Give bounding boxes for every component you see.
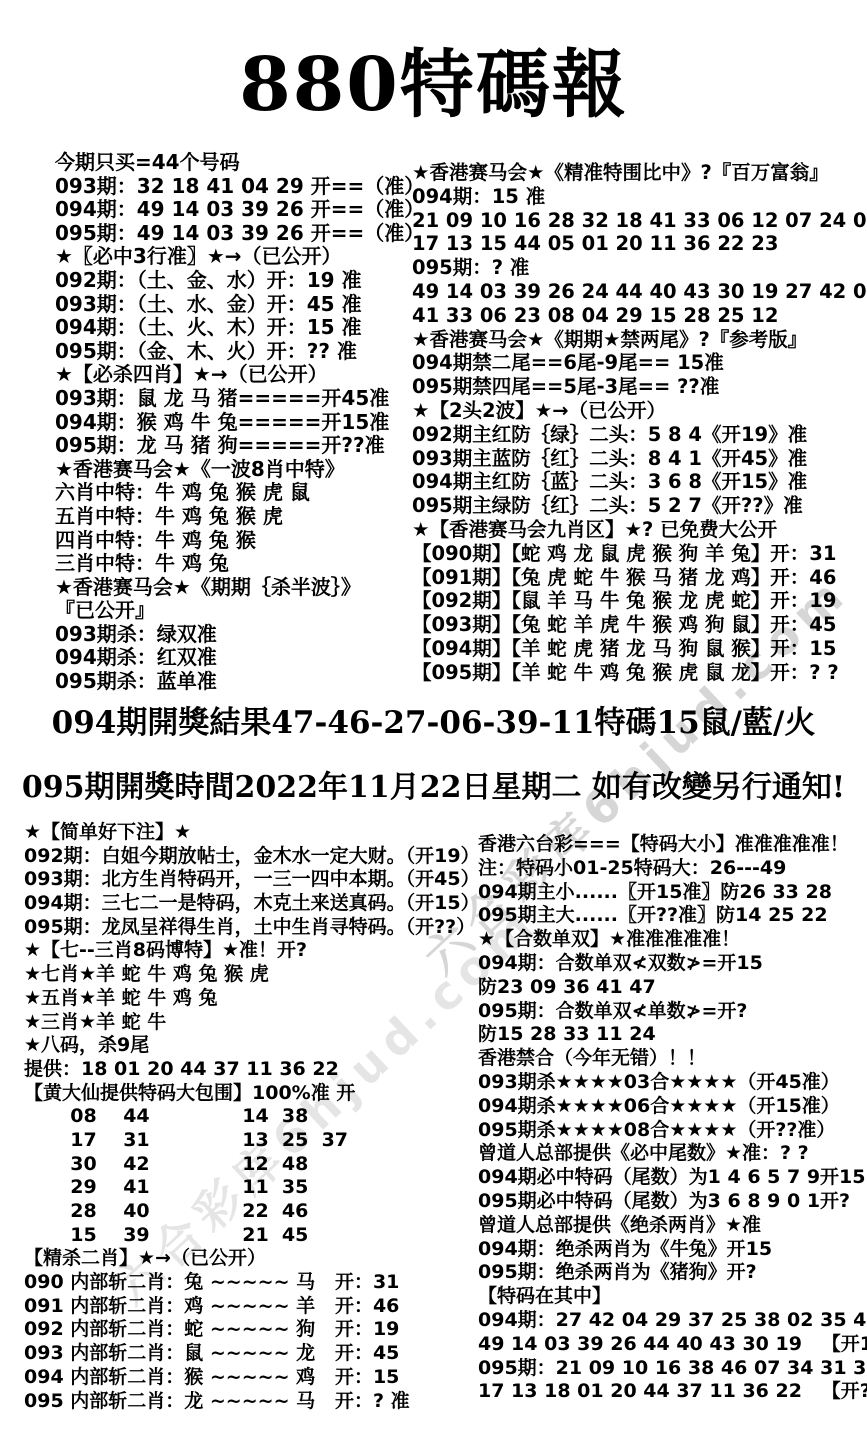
text-line: 092期：（土、金、水）开：19 准: [55, 269, 430, 293]
text-line: 防23 09 36 41 47: [478, 976, 867, 1000]
text-line: 曾道人总部提供《必中尾数》★准：? ?: [478, 1142, 867, 1166]
text-line: 【092期】【鼠 羊 马 牛 兔 猴 龙 虎 蛇】开：19: [412, 589, 867, 613]
text-line: 曾道人总部提供《绝杀两肖》★准: [478, 1214, 867, 1238]
text-line: 【特码在其中】: [478, 1285, 867, 1309]
text-line: 092 内部斩二肖：蛇 ~~~~~ 狗 开：19: [24, 1318, 469, 1342]
text-line: 21 09 10 16 28 32 18 41 33 06 12 07 24 0…: [412, 209, 867, 233]
text-line: 095期：（金、木、火）开：?? 准: [55, 340, 430, 364]
text-line: ★〖必中3行准〗★→（已公开）: [55, 245, 430, 269]
text-line: ★【2头2波】★→（已公开）: [412, 399, 867, 423]
text-line: 15 39 21 45: [24, 1224, 469, 1248]
text-line: 五肖中特：牛 鸡 兔 猴 虎: [55, 505, 430, 529]
text-line: ★【简单好下注】★: [24, 821, 469, 845]
text-line: 17 13 18 01 20 44 37 11 36 22 【开??】: [478, 1380, 867, 1404]
text-line: 095期：绝杀两肖为《猪狗》开?: [478, 1261, 867, 1285]
text-line: 093期：32 18 41 04 29 开==（准）: [55, 175, 430, 199]
text-line: 『已公开』: [55, 599, 430, 623]
text-line: ★七肖★羊 蛇 牛 鸡 兔 猴 虎: [24, 963, 469, 987]
text-line: ★【必杀四肖】★→（已公开）: [55, 363, 430, 387]
text-line: 094期：49 14 03 39 26 开==（准）: [55, 198, 430, 222]
text-line: ★【合数单双】★准准准准准！: [478, 928, 867, 952]
text-line: 41 33 06 23 08 04 29 15 28 25 12: [412, 304, 867, 328]
text-line: ★香港赛马会★《期期★禁两尾》?『参考版』: [412, 328, 867, 352]
text-line: ★【香港赛马会九肖区】★? 已免费大公开: [412, 518, 867, 542]
text-line: 094期杀★★★★06合★★★★（开15准）: [478, 1095, 867, 1119]
text-line: 094期主红防｛蓝｝二头：3 6 8《开15》准: [412, 470, 867, 494]
text-line: ★五肖★羊 蛇 牛 鸡 兔: [24, 987, 469, 1011]
text-line: 093期：（土、水、金）开：45 准: [55, 293, 430, 317]
text-line: 【094期】【羊 蛇 虎 猪 龙 马 狗 鼠 猴】开：15: [412, 637, 867, 661]
text-line: 094期：15 准: [412, 185, 867, 209]
text-line: 094期：三七二一是特码，木克土来送真码。（开15）: [24, 892, 469, 916]
draw-time-banner: 095期開獎時間2022年11月22日星期二 如有改變另行通知!: [0, 768, 867, 808]
top-left-column: 今期只买=44个号码093期：32 18 41 04 29 开==（准）094期…: [55, 151, 430, 694]
text-line: 四肖中特：牛 鸡 兔 猴: [55, 529, 430, 553]
text-line: 094期：合数单双≮双数≯=开15: [478, 952, 867, 976]
text-line: 49 14 03 39 26 44 40 43 30 19 【开15】: [478, 1333, 867, 1357]
text-line: 提供：18 01 20 44 37 11 36 22: [24, 1058, 469, 1082]
text-line: 香港禁合（今年无错）！！: [478, 1047, 867, 1071]
text-line: 093期杀：绿双准: [55, 623, 430, 647]
text-line: 094期：绝杀两肖为《牛兔》开15: [478, 1238, 867, 1262]
text-line: 28 40 22 46: [24, 1200, 469, 1224]
text-line: 093期杀★★★★03合★★★★（开45准）: [478, 1071, 867, 1095]
text-line: ★香港赛马会★《精准特围比中》?『百万富翁』: [412, 161, 867, 185]
text-line: 注：特码小01-25特码大：26---49: [478, 857, 867, 881]
text-line: 091 内部斩二肖：鸡 ~~~~~ 羊 开：46: [24, 1295, 469, 1319]
text-line: 095期必中特码（尾数）为3 6 8 9 0 1开?: [478, 1190, 867, 1214]
text-line: 094期必中特码（尾数）为1 4 6 5 7 9开15: [478, 1166, 867, 1190]
text-line: 092期：白姐今期放帖士，金木水一定大财。（开19）: [24, 845, 469, 869]
text-line: 17 31 13 25 37: [24, 1129, 469, 1153]
text-line: 【095期】【羊 蛇 牛 鸡 兔 猴 虎 鼠 龙】开：? ?: [412, 661, 867, 685]
text-line: 08 44 14 38: [24, 1105, 469, 1129]
text-line: 093 内部斩二肖：鼠 ~~~~~ 龙 开：45: [24, 1342, 469, 1366]
bottom-left-column: ★【简单好下注】★092期：白姐今期放帖士，金木水一定大财。（开19）093期：…: [24, 821, 469, 1413]
result-banner: 094期開獎結果47-46-27-06-39-11特碼15鼠/藍/火: [0, 703, 867, 743]
bottom-right-column: 香港六台彩===【特码大小】准准准准准！注：特码小01-25特码大：26---4…: [478, 833, 867, 1404]
text-line: 093期：鼠 龙 马 猪=====开45准: [55, 387, 430, 411]
text-line: 【091期】【兔 虎 蛇 牛 猴 马 猪 龙 鸡】开：46: [412, 566, 867, 590]
text-line: 094期禁二尾==6尾-9尾== 15准: [412, 351, 867, 375]
text-line: 095期：21 09 10 16 38 46 07 34 31 32: [478, 1357, 867, 1381]
text-line: 【黄大仙提供特码大包围】100%准 开: [24, 1082, 469, 1106]
text-line: 防15 28 33 11 24: [478, 1023, 867, 1047]
text-line: 094期：27 42 04 29 37 25 38 02 35 45: [478, 1309, 867, 1333]
text-line: 17 13 15 44 05 01 20 11 36 22 23: [412, 232, 867, 256]
text-line: ★香港赛马会★《期期｛杀半波｝》: [55, 576, 430, 600]
text-line: ★【七--三肖8码博特】★准！开?: [24, 939, 469, 963]
text-line: 29 41 11 35: [24, 1176, 469, 1200]
text-line: 095期：龙 马 猪 狗=====开??准: [55, 434, 430, 458]
text-line: 香港六台彩===【特码大小】准准准准准！: [478, 833, 867, 857]
text-line: 【090期】【蛇 鸡 龙 鼠 虎 猴 狗 羊 兔】开：31: [412, 542, 867, 566]
text-line: 095期杀：蓝单准: [55, 670, 430, 694]
text-line: 095期：合数单双≮单数≯=开?: [478, 1000, 867, 1024]
text-line: 094期主小......〖开15准〗防26 33 28: [478, 881, 867, 905]
text-line: ★香港赛马会★《一波8肖中特》: [55, 458, 430, 482]
text-line: 095期杀★★★★08合★★★★（开??准）: [478, 1119, 867, 1143]
text-line: 095 内部斩二肖：龙 ~~~~~ 马 开：? 准: [24, 1390, 469, 1414]
text-line: ★三肖★羊 蛇 牛: [24, 1011, 469, 1035]
text-line: 095期：49 14 03 39 26 开==（准）: [55, 222, 430, 246]
text-line: ★八码，杀9尾: [24, 1034, 469, 1058]
text-line: 49 14 03 39 26 24 44 40 43 30 19 27 42 0…: [412, 280, 867, 304]
text-line: 094期：猴 鸡 牛 兔=====开15准: [55, 411, 430, 435]
text-line: 094 内部斩二肖：猴 ~~~~~ 鸡 开：15: [24, 1366, 469, 1390]
text-line: 095期主大......〖开??准〗防14 25 22: [478, 904, 867, 928]
text-line: 六肖中特：牛 鸡 兔 猴 虎 鼠: [55, 481, 430, 505]
masthead-title: 880特碼報: [0, 30, 867, 145]
text-line: 095期禁四尾==5尾-3尾== ??准: [412, 375, 867, 399]
text-line: 093期主蓝防｛红｝二头：8 4 1《开45》准: [412, 447, 867, 471]
text-line: 095期：龙凤呈祥得生肖，土中生肖寻特码。（开??）: [24, 916, 469, 940]
text-line: 30 42 12 48: [24, 1153, 469, 1177]
text-line: 三肖中特：牛 鸡 兔: [55, 552, 430, 576]
text-line: 【093期】【兔 蛇 羊 虎 牛 猴 鸡 狗 鼠】开：45: [412, 613, 867, 637]
text-line: 093期：北方生肖特码开，一三一四中本期。（开45）: [24, 868, 469, 892]
text-line: 今期只买=44个号码: [55, 151, 430, 175]
text-line: 【精杀二肖】★→（已公开）: [24, 1247, 469, 1271]
text-line: 095期：? 准: [412, 256, 867, 280]
text-line: 090 内部斩二肖：兔 ~~~~~ 马 开：31: [24, 1271, 469, 1295]
text-line: 094期：（土、火、木）开：15 准: [55, 316, 430, 340]
top-right-column: ★香港赛马会★《精准特围比中》?『百万富翁』094期：15 准21 09 10 …: [412, 161, 867, 685]
newspaper-page: 880特碼報 六合彩库6hjud.com 六合彩库6hjud.com 今期只买=…: [0, 0, 867, 1448]
text-line: 095期主绿防｛红｝二头：5 2 7《开??》准: [412, 494, 867, 518]
text-line: 092期主红防｛绿｝二头：5 8 4《开19》准: [412, 423, 867, 447]
text-line: 094期杀：红双准: [55, 646, 430, 670]
